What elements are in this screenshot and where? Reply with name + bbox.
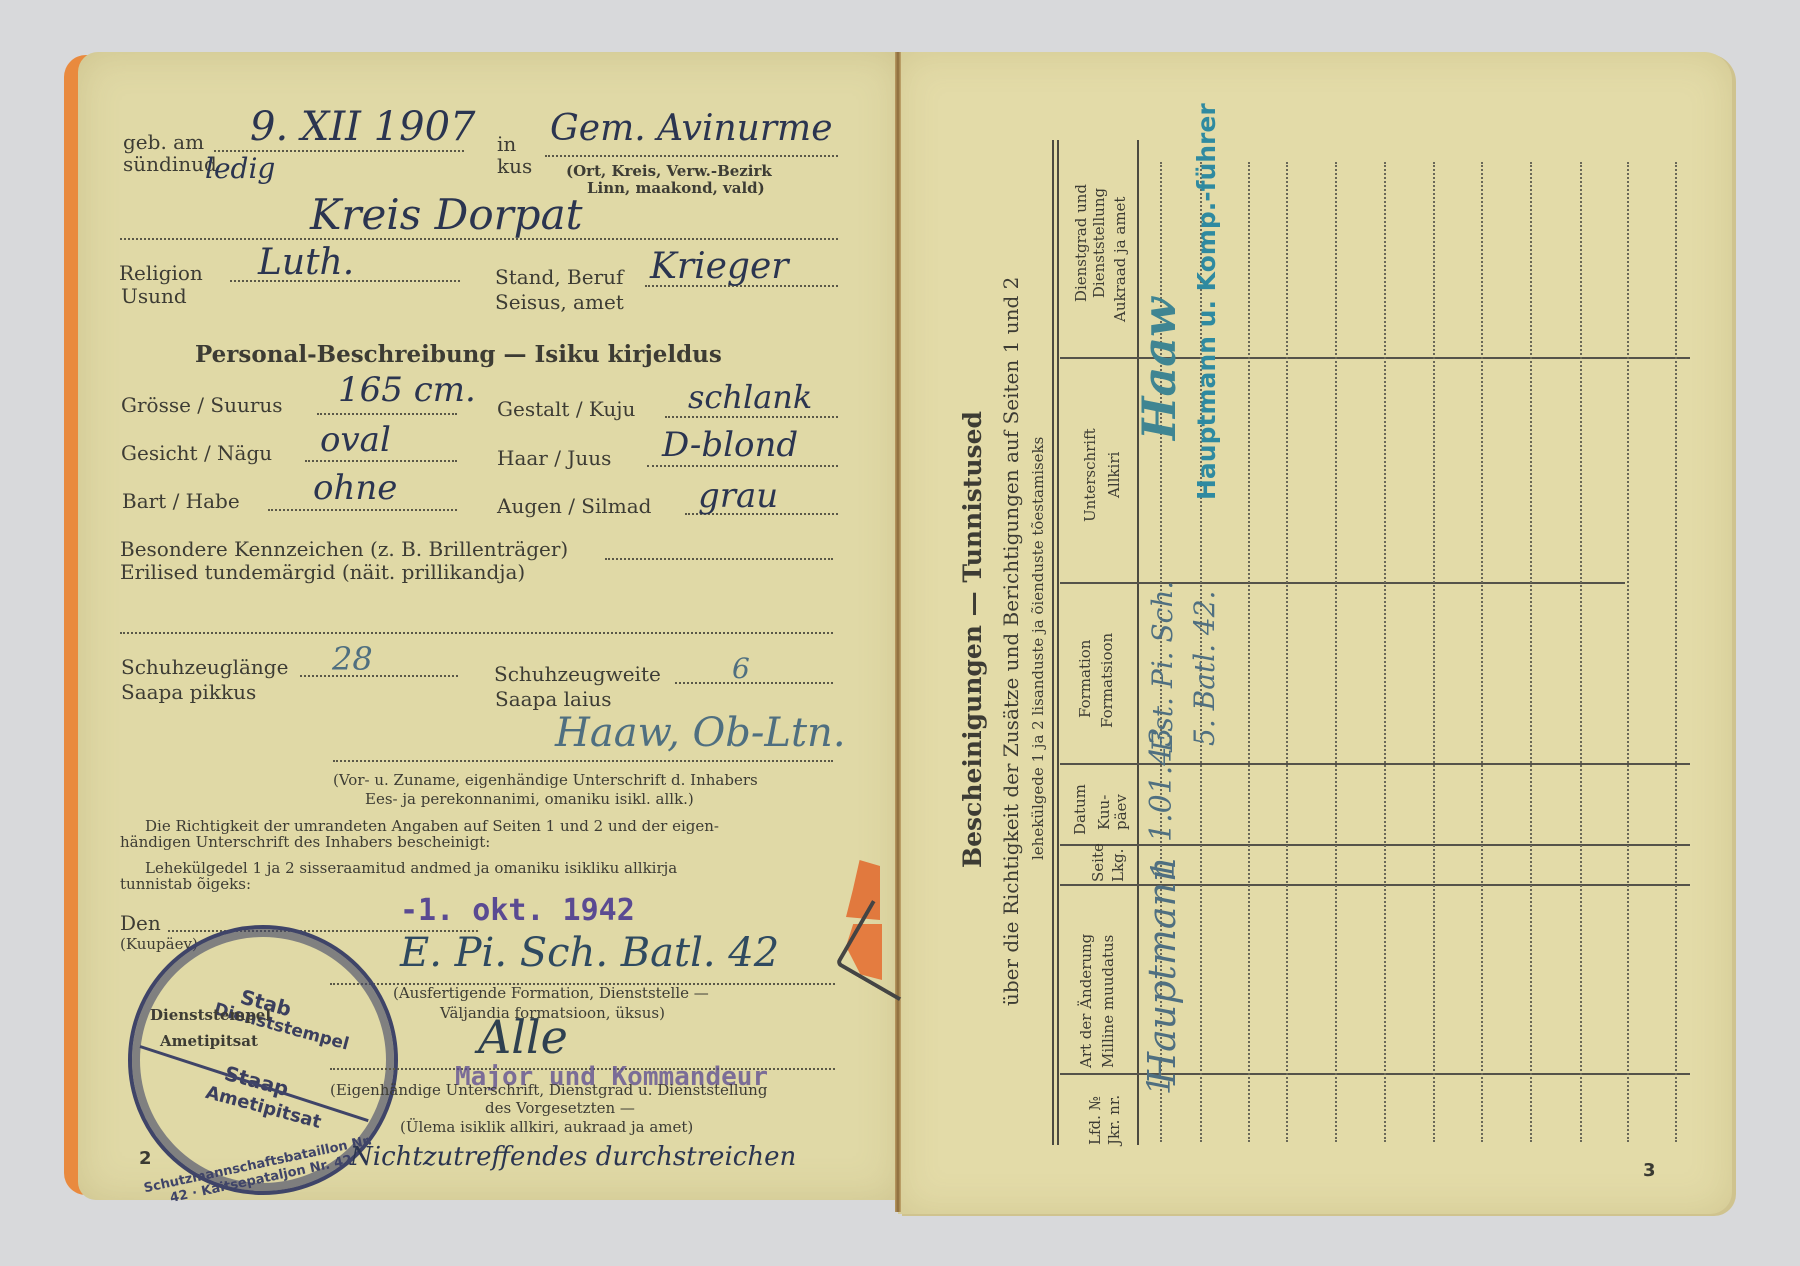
row-line — [1384, 162, 1386, 1142]
col-header-change-et: Milline muudatus — [1100, 935, 1117, 1068]
shoe-length-label-et: Saapa pikkus — [121, 681, 256, 703]
field-value-hair: D-blond — [662, 425, 798, 465]
profession-label-de: Stand, Beruf — [495, 266, 623, 288]
field-label-build: Gestalt / Kuju — [497, 398, 635, 420]
formation-value: E. Pi. Sch. Batl. 42 — [400, 930, 779, 976]
col-header-date-et: Kuu-päev — [1096, 760, 1130, 830]
col-header-page-et: Lkg. — [1110, 849, 1127, 882]
row-line — [1335, 162, 1337, 1142]
place-hint-et: Linn, maakond, vald) — [587, 180, 765, 197]
holder-signature-line — [333, 760, 833, 762]
holder-caption-et: Ees- ja perekonnanimi, omaniku isikl. al… — [365, 791, 694, 808]
cert-text-de-2: händigen Unterschrift des Inhabers besch… — [120, 834, 490, 851]
profession-value: Krieger — [650, 246, 788, 287]
special-marks-label-et: Erilised tundemärgid (näit. prillikandja… — [120, 561, 525, 583]
religion-value: Luth. — [258, 242, 354, 283]
table-left-border — [1052, 140, 1054, 1145]
field-value-face: oval — [320, 420, 391, 460]
shoe-length-value: 28 — [332, 640, 373, 678]
right-page-subtitle-et: lehekülgede 1 ja 2 lisanduste ja õiendus… — [1030, 437, 1047, 860]
col-header-formation-et: Formatsioon — [1099, 633, 1116, 728]
marital-note: ledig — [205, 152, 275, 185]
stamp-label-de: Dienststempel — [150, 1007, 271, 1024]
place-label-et: kus — [497, 155, 532, 177]
field-label-height: Grösse / Suurus — [121, 394, 283, 416]
row-line — [1481, 162, 1483, 1142]
field-value-height: 165 cm. — [338, 370, 476, 410]
entry-1-rank-stamp: Hauptmann u. Komp.-führer — [1192, 103, 1221, 500]
place-line — [545, 155, 838, 157]
page-number-left: 2 — [139, 1148, 152, 1169]
special-marks-line-2 — [120, 632, 833, 634]
row-line — [1580, 162, 1582, 1142]
row-line — [1433, 162, 1435, 1142]
build-line — [665, 416, 838, 418]
formation-caption-de: (Ausfertigende Formation, Dienststelle — — [393, 985, 709, 1002]
holder-signature: Haaw, Ob-Ltn. — [555, 710, 846, 756]
place-label-de: in — [497, 133, 516, 155]
officer-signature: Alle — [478, 1010, 568, 1064]
special-marks-label-de: Besondere Kennzeichen (z. B. Brillenträg… — [120, 538, 568, 560]
right-page-title: Bescheinigungen — Tunnistused — [962, 411, 984, 868]
col-divider-formation — [1060, 582, 1625, 584]
profession-label-et: Seisus, amet — [495, 291, 624, 313]
description-heading: Personal-Beschreibung — Isiku kirjeldus — [195, 344, 722, 366]
religion-label-de: Religion — [119, 262, 203, 284]
officer-caption-de-2: des Vorgesetzten — — [485, 1100, 635, 1117]
col-header-change-de: Art der Änderung — [1078, 934, 1095, 1068]
col-header-rank-de: Dienstgrad und Dienststellung — [1072, 158, 1108, 328]
field-label-hair: Haar / Juus — [497, 447, 611, 469]
height-line — [317, 413, 457, 415]
cert-text-et-2: tunnistab õigeks: — [120, 876, 251, 893]
shoe-width-label-de: Schuhzeugweite — [494, 663, 661, 685]
entry-1-change: Hauptmann — [1140, 858, 1184, 1086]
entry-1-formation: Est. Pi. Sch. — [1146, 581, 1179, 752]
row-line — [1627, 162, 1629, 1142]
col-header-formation-de: Formation — [1077, 640, 1094, 718]
stamp-label-et: Ametipitsat — [160, 1033, 258, 1050]
shoe-length-line — [300, 675, 458, 677]
birth-place-value: Gem. Avinurme — [550, 108, 833, 149]
field-value-beard: ohne — [313, 468, 397, 508]
special-marks-line — [605, 558, 833, 560]
row-line — [1248, 162, 1250, 1142]
field-label-face: Gesicht / Nägu — [121, 442, 272, 464]
birth-label-et: sündinud — [123, 153, 217, 175]
row-line — [1286, 162, 1288, 1142]
date-label-de: Den — [120, 912, 161, 934]
birth-place-line2-value: Kreis Dorpat — [310, 190, 583, 239]
entry-1-formation-2: 5. Batl. 42. — [1188, 591, 1221, 746]
shoe-width-line — [675, 682, 833, 684]
hair-line — [647, 465, 838, 467]
officer-caption-et: (Ülema isiklik allkiri, aukraad ja amet) — [400, 1119, 693, 1136]
officer-caption-de-1: (Eigenhändige Unterschrift, Dienstgrad u… — [330, 1082, 767, 1099]
table-left-border-inner — [1057, 140, 1059, 1145]
religion-label-et: Usund — [121, 285, 187, 307]
col-header-lfd-de: Lfd. № — [1087, 1096, 1104, 1145]
col-header-signature-et: Allkiri — [1106, 452, 1123, 498]
col-header-signature-de: Unterschrift — [1082, 428, 1099, 522]
face-line — [305, 460, 457, 462]
col-divider-seite — [1060, 844, 1690, 846]
beard-line — [268, 509, 457, 511]
right-page-subtitle-de: über die Richtigkeit der Zusätze und Ber… — [1000, 277, 1022, 1006]
birth-date-value: 9. XII 1907 — [250, 104, 475, 150]
field-label-eyes: Augen / Silmad — [497, 495, 651, 517]
entry-1-signature: Haaw — [1132, 297, 1186, 440]
row-line — [1675, 162, 1677, 1142]
page-number-right: 3 — [1643, 1160, 1656, 1181]
birth-label-de: geb. am — [123, 131, 204, 153]
col-header-date-de: Datum — [1072, 784, 1089, 835]
entry-1-page: 1 — [1144, 860, 1182, 880]
book-spine — [895, 52, 901, 1212]
footnote-strike-instruction: Nichtzutreffendes durchstreichen — [350, 1142, 796, 1172]
date-stamp: -1. okt. 1942 — [400, 893, 635, 928]
table-header-divider — [1137, 140, 1139, 1145]
field-label-beard: Bart / Habe — [122, 490, 240, 512]
col-header-rank-et: Aukraad ja amet — [1112, 197, 1129, 322]
col-header-page-de: Seite — [1090, 843, 1107, 882]
holder-caption-de: (Vor- u. Zuname, eigenhändige Unterschri… — [333, 772, 758, 789]
shoe-width-label-et: Saapa laius — [495, 688, 612, 710]
right-page — [898, 52, 1732, 1214]
field-value-build: schlank — [688, 378, 812, 416]
shoe-width-value: 6 — [732, 652, 750, 685]
place-hint-de: (Ort, Kreis, Verw.-Bezirk — [566, 163, 772, 180]
shoe-length-label-de: Schuhzeuglänge — [121, 656, 288, 678]
place-line-2 — [120, 238, 838, 240]
col-header-lfd-et: Jkr. nr. — [1106, 1095, 1123, 1145]
field-value-eyes: grau — [698, 476, 778, 516]
row-line — [1530, 162, 1532, 1142]
